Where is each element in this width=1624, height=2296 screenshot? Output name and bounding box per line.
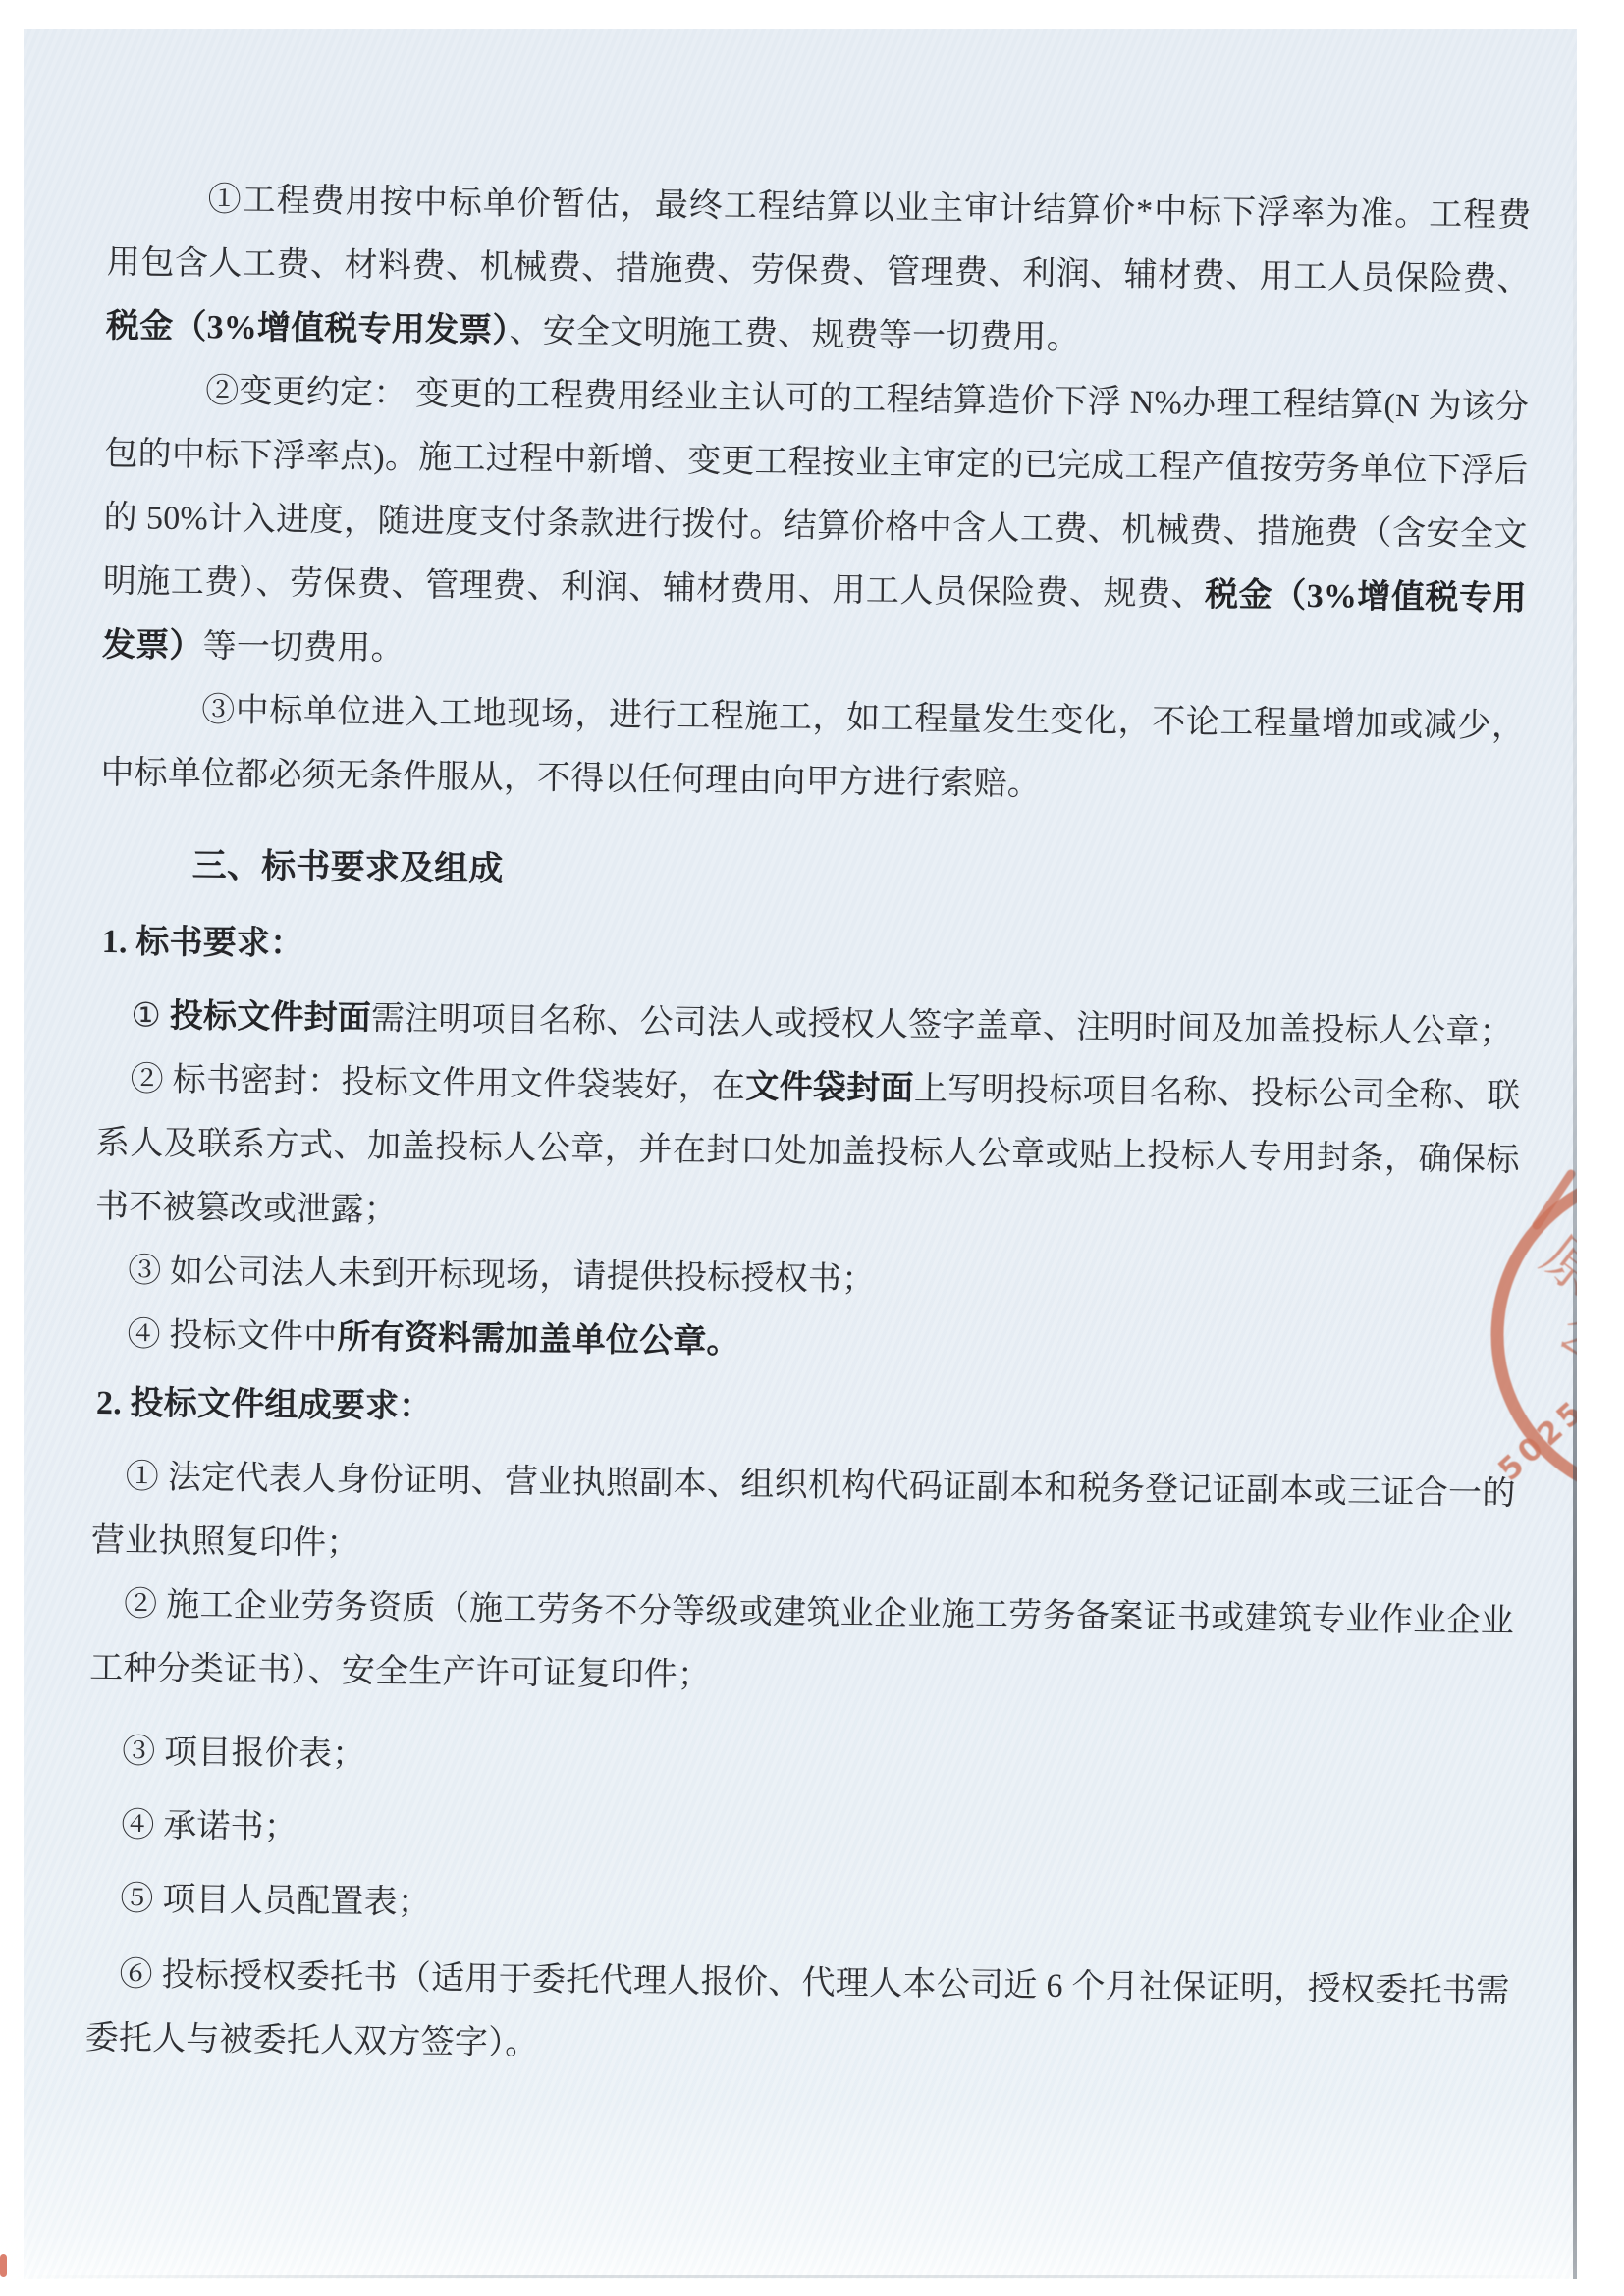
run: 等一切费用。 xyxy=(202,628,405,667)
run: ⑤ 项目人员配置表； xyxy=(120,1881,431,1921)
list-item-bid-sealing: ② 标书密封：投标文件用文件袋装好，在文件袋封面上写明投标项目名称、投标公司全称… xyxy=(95,1047,1521,1256)
run: ② 标书密封：投标文件用文件袋装好，在 xyxy=(130,1061,745,1105)
paragraph-project-cost: ①工程费用按中标单价暂估，最终工程结算以业主审计结算价*中标下浮率为准。工程费用… xyxy=(106,167,1532,376)
run: ① 法定代表人身份证明、营业执照副本、组织机构代码证副本和税务登记证副本或三证合… xyxy=(91,1459,1516,1562)
list-item-quotation-sheet: ③ 项目报价表； xyxy=(88,1720,1513,1801)
run: ③ 项目报价表； xyxy=(122,1734,366,1773)
run: ① xyxy=(131,997,170,1034)
run: ②变更约定： 变更的工程费用经业主认可的工程结算造价下浮 N%办理工程结算(N … xyxy=(103,373,1530,613)
page-bottom-shadow xyxy=(24,2275,1577,2278)
run: ④ 承诺书； xyxy=(121,1807,298,1845)
run: ② 施工企业劳务资质（施工劳务不分等级或建筑业企业施工劳务备案证书或建筑专业作业… xyxy=(89,1586,1514,1693)
company-seal-stamp: 原 公 上 5025 xyxy=(1477,1158,1577,1590)
ink-smudge xyxy=(0,2254,7,2277)
run-bold: 税金（3%增值税专用发票） xyxy=(106,308,510,349)
run-bold: 所有资料需加盖单位公章。 xyxy=(337,1319,740,1361)
list-item-staffing-table: ⑤ 项目人员配置表； xyxy=(86,1867,1511,1949)
run: 、安全文明施工费、规费等一切费用。 xyxy=(509,313,1080,356)
run-bold: 投标文件封面 xyxy=(170,998,372,1038)
run: ④ 投标文件中 xyxy=(127,1316,337,1356)
run: ⑥ 投标授权委托书（适用于委托代理人报价、代理人本公司近 6 个月社保证明，授权… xyxy=(84,1956,1509,2061)
section-heading: 三、标书要求及组成 xyxy=(99,832,1524,914)
run: ③中标单位进入工地现场，进行工程施工，如工程量发生变化，不论工程量增加或减少，中… xyxy=(100,692,1525,802)
list1-title: 1. 标书要求： xyxy=(98,910,1523,991)
run-bold: 文件袋封面 xyxy=(745,1069,914,1107)
list-item-labor-qualification: ② 施工企业劳务资质（施工劳务不分等级或建筑业企业施工劳务备案证书或建筑专业作业… xyxy=(89,1573,1514,1718)
list-item-commitment-letter: ④ 承诺书； xyxy=(87,1793,1512,1875)
scanned-document: ①工程费用按中标单价暂估，最终工程结算以业主审计结算价*中标下浮率为准。工程费用… xyxy=(0,0,1624,2296)
run: ①工程费用按中标单价暂估，最终工程结算以业主审计结算价*中标下浮率为准。工程费用… xyxy=(107,182,1532,297)
run: 需注明项目名称、公司法人或授权人签字盖章、注明时间及加盖投标人公章； xyxy=(371,1000,1513,1050)
list2-title: 2. 投标文件组成要求： xyxy=(92,1371,1517,1453)
page-edge-shadow xyxy=(1573,29,1577,2279)
run: ③ 如公司法人未到开标现场，请提供投标授权书； xyxy=(128,1253,876,1298)
document-page: ①工程费用按中标单价暂估，最终工程结算以业主审计结算价*中标下浮率为准。工程费用… xyxy=(24,29,1577,2279)
list-item-power-of-attorney: ⑥ 投标授权委托书（适用于委托代理人报价、代理人本公司近 6 个月社保证明，授权… xyxy=(84,1943,1509,2088)
body-text: ①工程费用按中标单价暂估，最终工程结算以业主审计结算价*中标下浮率为准。工程费用… xyxy=(84,167,1532,2088)
list-item-legal-rep-certs: ① 法定代表人身份证明、营业执照副本、组织机构代码证副本和税务登记证副本或三证合… xyxy=(91,1445,1516,1590)
paragraph-change-agreement: ②变更约定： 变更的工程费用经业主认可的工程结算造价下浮 N%办理工程结算(N … xyxy=(102,358,1530,695)
paragraph-no-claims: ③中标单位进入工地现场，进行工程施工，如工程量发生变化，不论工程量增加或减少，中… xyxy=(100,677,1525,823)
